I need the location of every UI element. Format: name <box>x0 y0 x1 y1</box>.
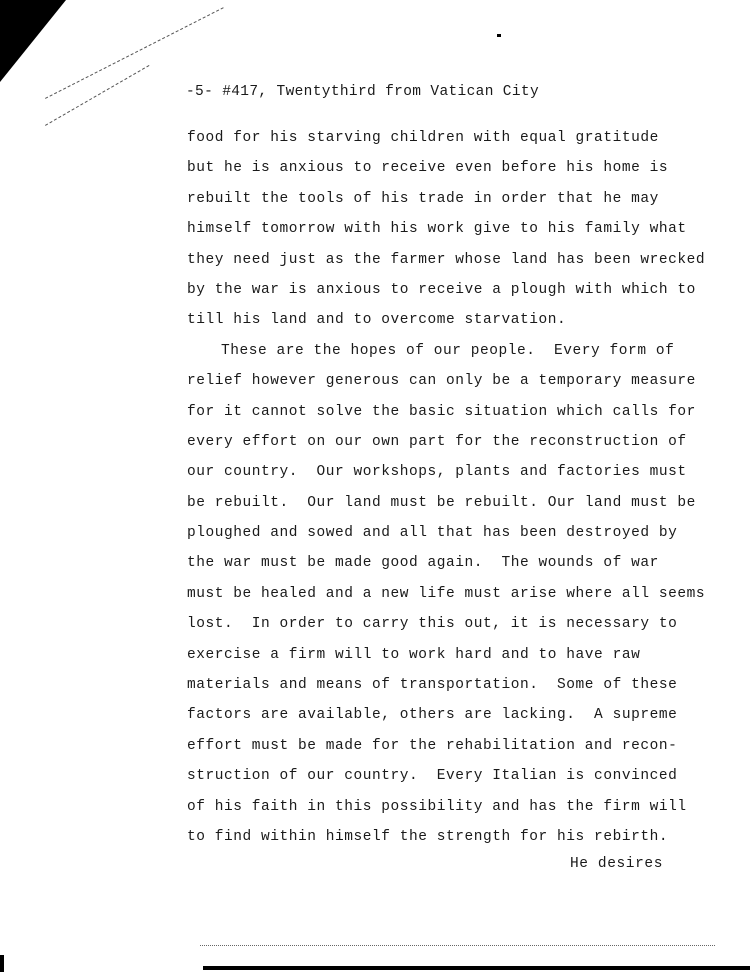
text-line: These are the hopes of our people. Every… <box>187 341 707 371</box>
text-line: for it cannot solve the basic situation … <box>187 402 707 432</box>
paragraph-1: food for his starving children with equa… <box>187 128 707 341</box>
scan-footer-noise <box>200 945 715 946</box>
text-line: factors are available, others are lackin… <box>187 705 707 735</box>
text-line: effort must be made for the rehabilitati… <box>187 736 707 766</box>
scan-speck <box>497 34 501 37</box>
text-line: ploughed and sowed and all that has been… <box>187 523 707 553</box>
continuation-catchword: He desires <box>570 856 663 872</box>
text-line: must be healed and a new life must arise… <box>187 584 707 614</box>
text-line: be rebuilt. Our land must be rebuilt. Ou… <box>187 493 707 523</box>
text-line: materials and means of transportation. S… <box>187 675 707 705</box>
text-line: food for his starving children with equa… <box>187 128 707 158</box>
page-header: -5- #417, Twentythird from Vatican City <box>186 84 539 100</box>
paragraph-2: These are the hopes of our people. Every… <box>187 341 707 858</box>
scan-edge-mark <box>0 955 4 972</box>
text-line: till his land and to overcome starvation… <box>187 310 707 340</box>
text-line: our country. Our workshops, plants and f… <box>187 462 707 492</box>
letter-body: food for his starving children with equa… <box>187 128 707 857</box>
text-line: of his faith in this possibility and has… <box>187 797 707 827</box>
text-line: relief however generous can only be a te… <box>187 371 707 401</box>
text-line: exercise a firm will to work hard and to… <box>187 645 707 675</box>
text-line: lost. In order to carry this out, it is … <box>187 614 707 644</box>
text-line: himself tomorrow with his work give to h… <box>187 219 707 249</box>
text-line: to find within himself the strength for … <box>187 827 707 857</box>
text-line: but he is anxious to receive even before… <box>187 158 707 188</box>
scan-bottom-edge <box>203 966 750 970</box>
text-line: the war must be made good again. The wou… <box>187 553 707 583</box>
text-line: by the war is anxious to receive a ploug… <box>187 280 707 310</box>
text-line: every effort on our own part for the rec… <box>187 432 707 462</box>
text-line: rebuilt the tools of his trade in order … <box>187 189 707 219</box>
scan-corner-shadow <box>0 0 66 82</box>
text-line: struction of our country. Every Italian … <box>187 766 707 796</box>
text-line: they need just as the farmer whose land … <box>187 250 707 280</box>
